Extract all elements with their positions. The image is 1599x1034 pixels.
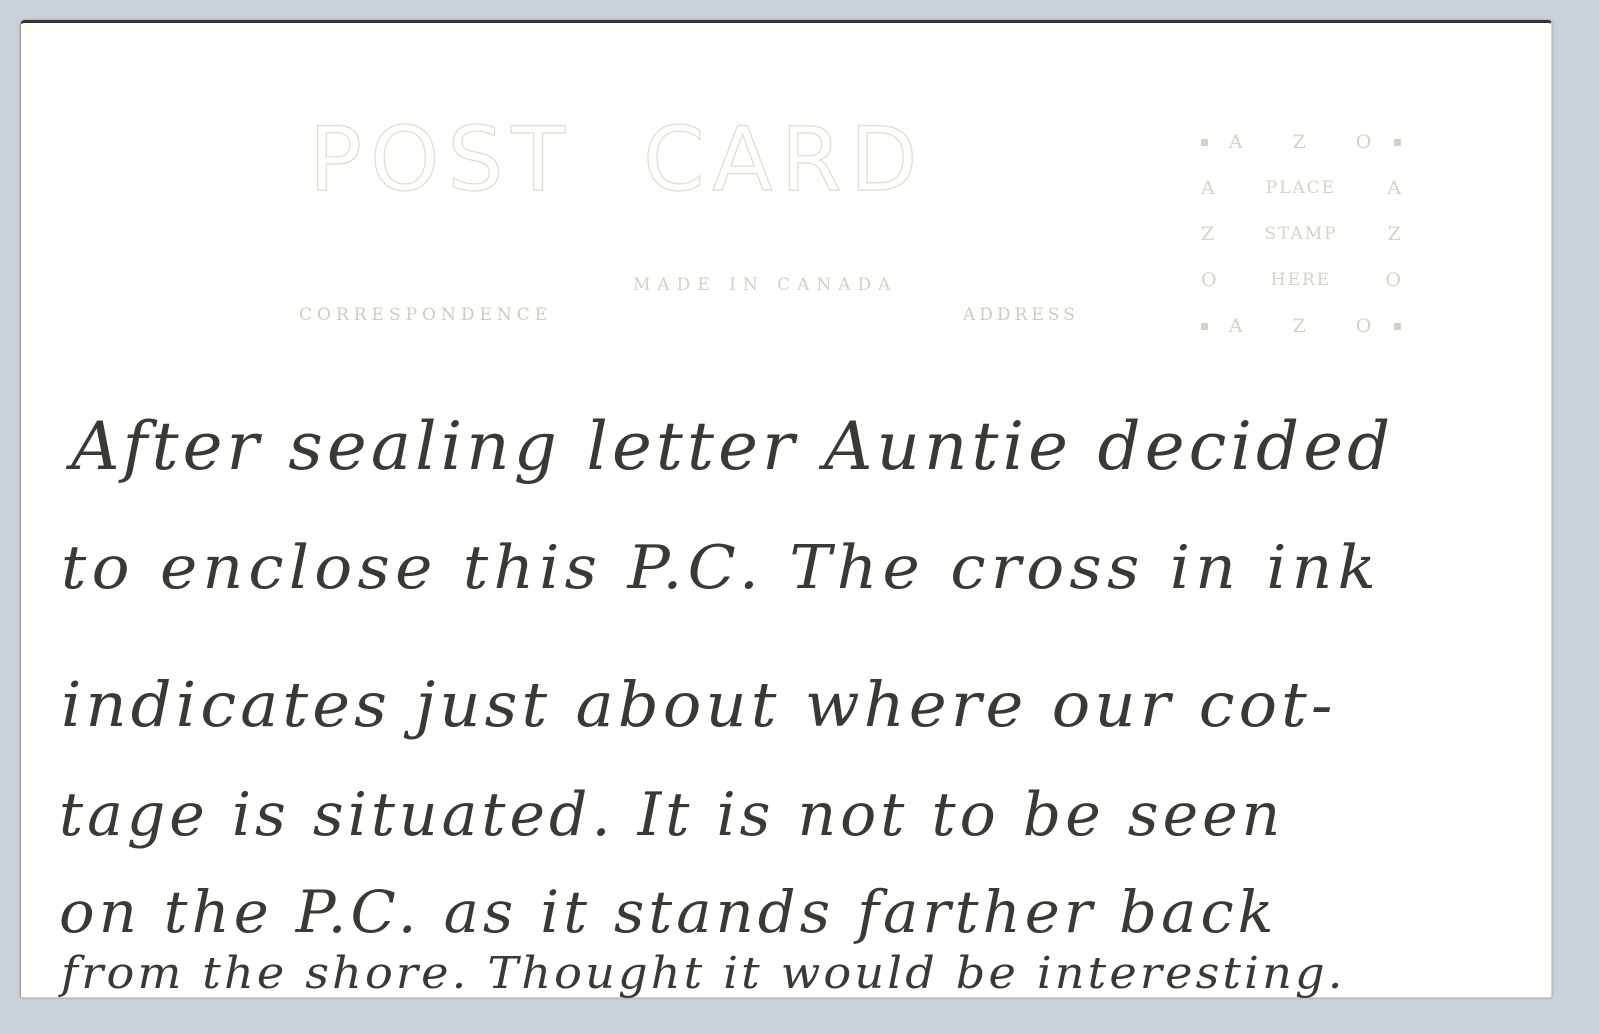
message-line: tage is situated. It is not to be seen — [59, 780, 1284, 850]
stamp-row-3: O HERE O — [1201, 257, 1401, 303]
correspondence-label: CORRESPONDENCE — [299, 305, 552, 325]
message-line: to enclose this P.C. The cross in ink — [61, 533, 1381, 603]
postcard-back: POSTCARD MADE IN CANADA CORRESPONDENCE A… — [20, 20, 1552, 998]
postcard-title: POSTCARD — [309, 108, 926, 211]
corner-square-icon — [1394, 323, 1401, 330]
stamp-row-1: A PLACE A — [1201, 165, 1401, 211]
message-line: indicates just about where our cot- — [61, 668, 1337, 741]
stamp-here: HERE — [1217, 270, 1386, 290]
stamp-letter: Z — [1388, 223, 1401, 245]
stamp-letter: A — [1201, 177, 1215, 199]
stamp-row-top: A Z O — [1201, 119, 1401, 165]
stamp-stamp: STAMP — [1214, 224, 1388, 244]
stamp-letter: O — [1201, 269, 1217, 291]
stamp-letter: O — [1385, 269, 1401, 291]
corner-square-icon — [1201, 139, 1208, 146]
address-label: ADDRESS — [963, 305, 1079, 325]
title-card: CARD — [643, 108, 926, 211]
stamp-letter: Z — [1201, 223, 1214, 245]
corner-square-icon — [1201, 323, 1208, 330]
title-post: POST — [309, 108, 573, 211]
stamp-place: PLACE — [1215, 178, 1388, 198]
corner-square-icon — [1394, 139, 1401, 146]
made-in-label: MADE IN CANADA — [633, 275, 897, 295]
stamp-letter: A — [1387, 177, 1401, 199]
stamp-azo-top: A Z O — [1208, 131, 1394, 153]
message-line: After sealing letter Auntie decided — [71, 408, 1394, 485]
stamp-azo-bottom: A Z O — [1208, 315, 1394, 337]
stamp-row-bottom: A Z O — [1201, 303, 1401, 349]
message-line: on the P.C. as it stands farther back — [59, 878, 1278, 946]
stamp-box: A Z O A PLACE A Z STAMP Z O HERE O A Z O — [1201, 119, 1401, 349]
stamp-row-2: Z STAMP Z — [1201, 211, 1401, 257]
message-line: from the shore. Thought it would be inte… — [61, 948, 1346, 999]
